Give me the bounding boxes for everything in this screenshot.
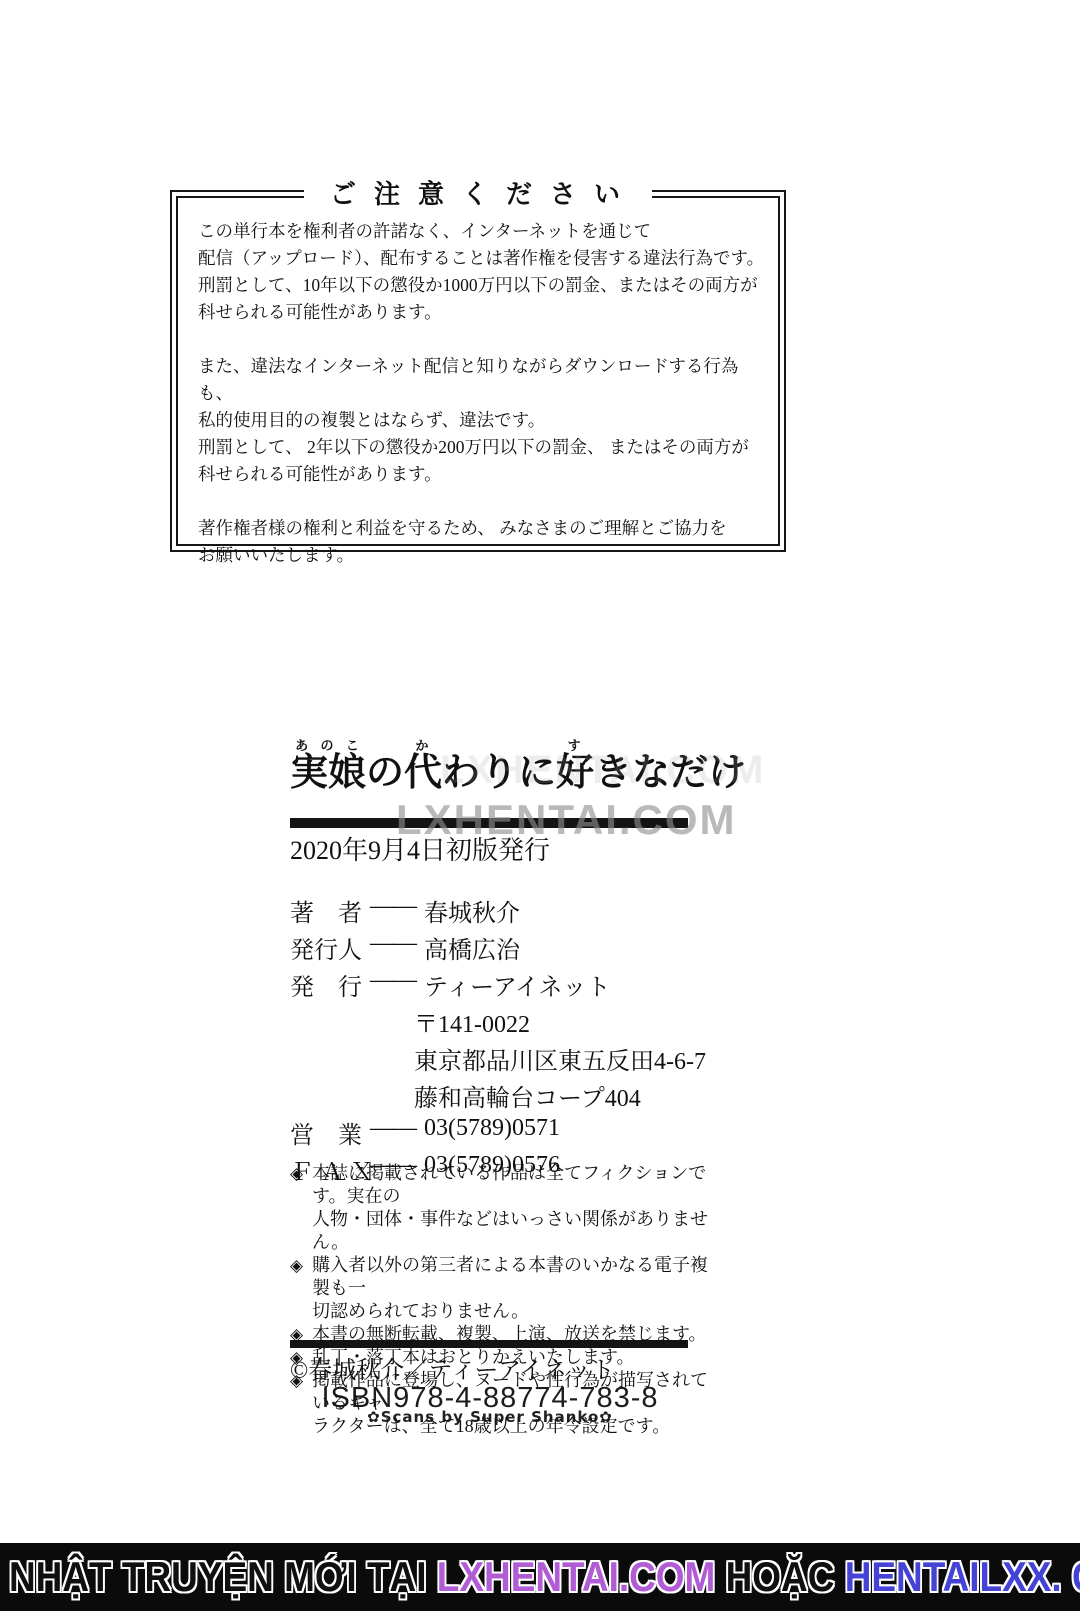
diamond-bullet-icon: ◈ <box>290 1254 303 1277</box>
site-watermark-faint: LXHENTAI.COM <box>440 748 765 793</box>
diamond-bullet-icon: ◈ <box>290 1162 303 1185</box>
credit-value: 春城秋介 <box>424 893 520 928</box>
credit-value: ティーアイネット <box>424 967 610 1002</box>
notice-paragraph: 著作権者様の権利と利益を守るため、 みなさまのご理解とご協力を お願いいたします… <box>198 515 772 569</box>
notice-paragraph: この単行本を権利者の許諾なく、インターネットを通じて 配信（アップロード）、配布… <box>198 218 772 326</box>
note-item: ◈ 本書の無断転載、複製、上演、放送を禁じます。 <box>290 1323 710 1346</box>
credit-row-sales-phone: 営 業 —— 03(5789)0571 <box>290 1115 706 1152</box>
diamond-bullet-icon: ◈ <box>290 1346 303 1369</box>
note-item: ◈ 乱丁・落丁本はおとりかえいたします。 <box>290 1346 710 1369</box>
notice-heading: ご注意ください <box>304 174 652 211</box>
credit-label: 発行人 <box>290 930 370 965</box>
banner-site-hentailxx: HENTAILXX. COM <box>845 1553 1080 1600</box>
credit-value: 高橋広治 <box>424 930 520 965</box>
colophon-page: ご注意ください この単行本を権利者の許諾なく、インターネットを通じて 配信（アッ… <box>0 0 1080 1611</box>
banner-text-or: HOẶC <box>716 1553 845 1600</box>
notice-body: この単行本を権利者の許諾なく、インターネットを通じて 配信（アップロード）、配布… <box>198 218 772 569</box>
scanlation-site-banner: CẬP NHẬT TRUYỆN MỚI TẠI LXHENTAI.COM HOẶ… <box>0 1543 1080 1611</box>
credit-dash: —— <box>370 930 416 957</box>
legal-notes: ◈ 本誌に掲載されている作品は全てフィクションです。実在の 人物・団体・事件など… <box>290 1162 710 1438</box>
notice-paragraph: また、違法なインターネット配信と知りながらダウンロードする行為も、 私的使用目的… <box>198 353 772 488</box>
note-item: ◈ 掲載作品に登場し、ヌードや性行為が描写されているキャ ラクターは、全て18歳… <box>290 1369 710 1438</box>
credit-dash: —— <box>370 967 416 994</box>
publisher-address: 東京都品川区東五反田4-6-7 <box>290 1041 706 1078</box>
credit-row-publisher-person: 発行人 —— 高橋広治 <box>290 930 706 967</box>
credit-value: 03(5789)0571 <box>424 1115 560 1142</box>
credit-dash: —— <box>370 1115 416 1142</box>
credit-row-publisher: 発 行 —— ティーアイネット <box>290 967 706 1004</box>
note-item: ◈ 購入者以外の第三者による本書のいかなる電子複製も一 切認められておりません。 <box>290 1254 710 1323</box>
credit-label: 著 者 <box>290 893 370 928</box>
note-item: ◈ 本誌に掲載されている作品は全てフィクションです。実在の 人物・団体・事件など… <box>290 1162 710 1254</box>
publisher-postal-code: 〒141-0022 <box>290 1004 706 1041</box>
publication-credits: 著 者 —— 春城秋介 発行人 —— 高橋広治 発 行 —— ティーアイネット … <box>290 893 706 1189</box>
publisher-address-2: 藤和高輪台コープ404 <box>290 1078 706 1115</box>
credit-row-author: 著 者 —— 春城秋介 <box>290 893 706 930</box>
credit-dash: —— <box>370 893 416 920</box>
diamond-bullet-icon: ◈ <box>290 1323 303 1346</box>
credit-label: 営 業 <box>290 1115 370 1150</box>
credit-label: 発 行 <box>290 967 370 1002</box>
diamond-bullet-icon: ◈ <box>290 1369 303 1392</box>
banner-text-prefix: CẬP NHẬT TRUYỆN MỚI TẠI <box>0 1553 437 1600</box>
banner-text: CẬP NHẬT TRUYỆN MỚI TẠI LXHENTAI.COM HOẶ… <box>0 1553 1080 1601</box>
site-watermark: LXHENTAI.COM <box>396 796 737 844</box>
piracy-notice-box: ご注意ください この単行本を権利者の許諾なく、インターネットを通じて 配信（アッ… <box>170 190 786 552</box>
banner-site-lxhentai: LXHENTAI.COM <box>437 1553 716 1600</box>
